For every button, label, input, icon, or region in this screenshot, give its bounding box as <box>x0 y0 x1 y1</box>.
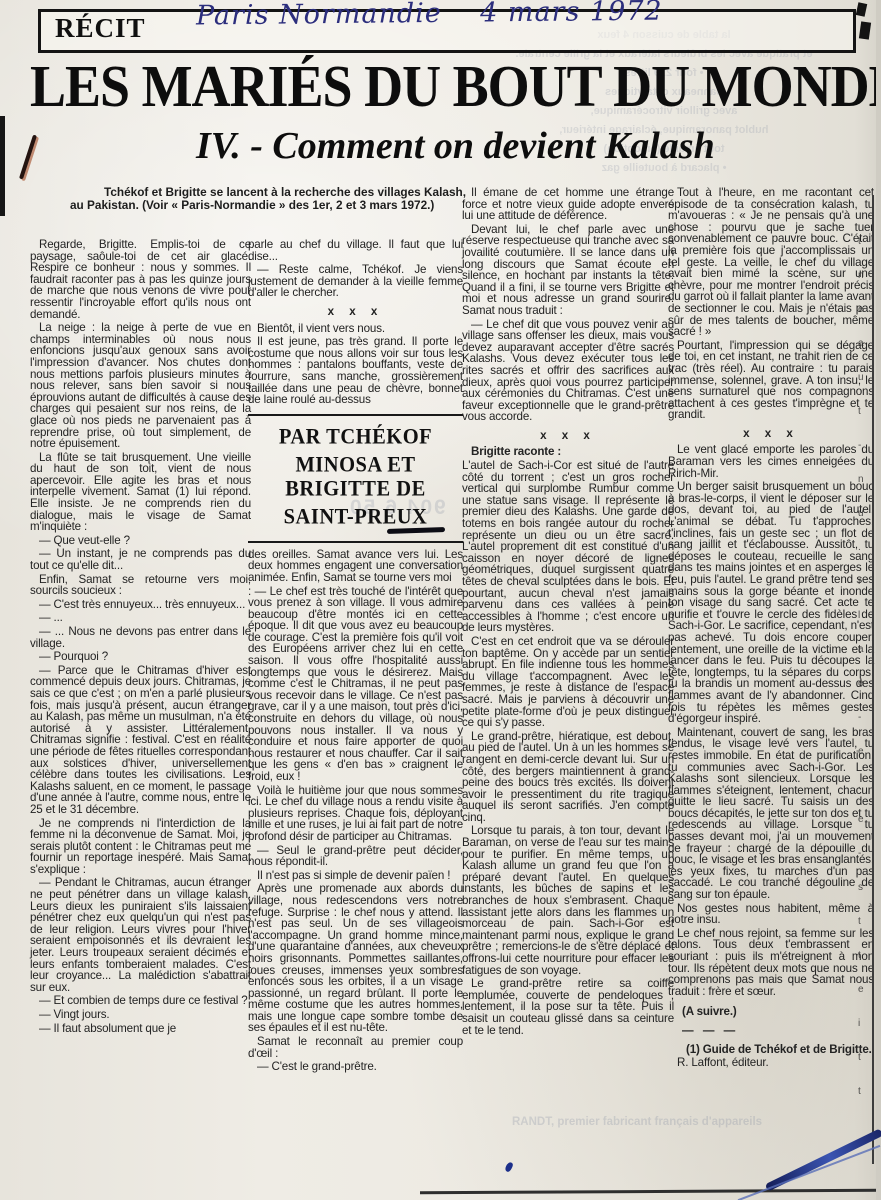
byline-box: PAR TCHÉKOF MINOSA ET BRIGITTE DE SAINT-… <box>248 414 463 543</box>
paragraph: — Un instant, je ne comprends pas du tou… <box>30 548 251 571</box>
paragraph: Le grand-prêtre retire sa coiffe emplumé… <box>462 978 674 1036</box>
bleedthrough-text-bottom: RANDT, premier fabricant français d'appa… <box>512 1116 842 1128</box>
section-separator: x x x <box>462 430 674 442</box>
paragraph: Après une promenade aux abords du villag… <box>248 883 463 1034</box>
paragraph: — Pourquoi ? <box>30 651 251 663</box>
pen-stroke-bottom-right-thin <box>738 1145 881 1200</box>
paragraph: parle au chef du village. Il faut que lu… <box>248 239 463 262</box>
paragraph: R. Laffont, éditeur. <box>668 1057 874 1069</box>
paragraph: — C'est le grand-prêtre. <box>248 1061 463 1073</box>
paragraph: — Que veut-elle ? <box>30 535 251 547</box>
byline-line-2: BRIGITTE DE SAINT-PREUX <box>248 475 463 531</box>
newspaper-scan: la table de cuisson 4 feux et pratique a… <box>0 0 881 1200</box>
paragraph: — Seul le grand-prêtre peut décider, nou… <box>248 845 463 868</box>
paragraph: La flûte se tait brusquement. Une vieill… <box>30 452 251 533</box>
paragraph: Maintenant, couvert de sang, les bras te… <box>668 727 874 901</box>
paragraph: Un berger saisit brusquement un bouc à b… <box>668 481 874 724</box>
ink-mark-top-right <box>856 2 868 17</box>
kicker-label: RÉCIT <box>55 13 146 44</box>
paragraph: — C'est très ennuyeux... très ennuyeux..… <box>30 599 251 611</box>
paragraph: Tout à l'heure, en me racontant cet épis… <box>668 187 874 338</box>
paragraph: L'autel de Sach-i-Cor est situé de l'aut… <box>462 460 674 634</box>
column-4: Tout à l'heure, en me racontant cet épis… <box>668 187 874 1069</box>
paragraph: — ... <box>30 612 251 624</box>
paragraph: (1) Guide de Tchékof et de Brigitte. <box>668 1044 874 1056</box>
paragraph: Brigitte raconte : <box>462 446 674 458</box>
paragraph: Il est jeune, pas très grand. Il porte l… <box>248 336 463 406</box>
paragraph: Je ne comprends ni l'interdiction de la … <box>30 818 251 876</box>
paragraph: Enfin, Samat se retourne vers moi, sourc… <box>30 574 251 597</box>
paragraph: : — Le chef est très touché de l'intérêt… <box>248 586 463 783</box>
paragraph: — Pendant le Chitramas, aucun étranger n… <box>30 877 251 993</box>
paragraph: Le chef nous rejoint, sa femme sur les t… <box>668 928 874 998</box>
scan-edge-bar <box>0 116 5 216</box>
byline-line-1: PAR TCHÉKOF MINOSA ET <box>248 423 463 479</box>
paragraph: C'est en cet endroit que va se dérouler … <box>462 636 674 729</box>
paragraph: Regarde, Brigitte. Emplis-toi de ce pays… <box>30 239 251 320</box>
column-3: Il émane de cet homme une étrange force … <box>462 187 674 1036</box>
paragraph: Devant lui, le chef parle avec une réser… <box>462 224 674 317</box>
right-column-rule <box>872 196 874 1164</box>
paragraph: Lorsque tu parais, à ton tour, devant le… <box>462 825 674 976</box>
column-2-lower: des oreilles. Samat avance vers lui. Les… <box>248 549 463 1073</box>
paragraph: — Et combien de temps dure ce festival ? <box>30 995 251 1007</box>
paragraph: Le vent glacé emporte les paroles du Bar… <box>668 444 874 479</box>
ink-scribble <box>387 527 445 534</box>
handwritten-date: Paris Normandie 4 mars 1972 <box>196 0 663 31</box>
column-2: parle au chef du village. Il faut que lu… <box>248 239 463 1073</box>
paragraph: Nos gestes nous habitent, même à notre i… <box>668 903 874 926</box>
paragraph: (A suivre.) <box>668 1006 874 1018</box>
paragraph: — Le chef dit que vous pouvez venir au v… <box>462 319 674 423</box>
lead-paragraph: Tchékof et Brigitte se lancent à la rech… <box>70 186 466 212</box>
paragraph: Pourtant, l'impression qui se dégage de … <box>668 340 874 421</box>
paragraph: des oreilles. Samat avance vers lui. Les… <box>248 549 463 584</box>
pen-stroke-left <box>19 135 37 180</box>
paragraph: — Il faut absolument que je <box>30 1023 251 1035</box>
paragraph: Bientôt, il vient vers nous. <box>248 323 463 335</box>
paragraph: Le grand-prêtre, hiératique, est debout,… <box>462 731 674 824</box>
paragraph: Voilà le huitième jour que nous sommes i… <box>248 785 463 843</box>
section-separator: x x x <box>668 428 874 440</box>
paragraph: — ... Nous ne devons pas entrer dans le … <box>30 626 251 649</box>
paragraph: — Vingt jours. <box>30 1009 251 1021</box>
paragraph: Il n'est pas si simple de devenir païen … <box>248 870 463 882</box>
section-separator: x x x <box>248 306 463 318</box>
clipped-column-fragments: t n e a u t - n u . r l a e - e . e - s … <box>858 225 873 1165</box>
column-2-upper: parle au chef du village. Il faut que lu… <box>248 239 463 406</box>
subtitle: IV. - Comment on devient Kalash <box>196 124 715 168</box>
column-1: Regarde, Brigitte. Emplis-toi de ce pays… <box>30 239 251 1034</box>
paragraph: — — — <box>668 1025 874 1037</box>
ink-dot <box>504 1161 514 1173</box>
paragraph: — Reste calme, Tchékof. Je viens justeme… <box>248 264 463 299</box>
paragraph: Samat le reconnaît au premier coup d'œil… <box>248 1036 463 1059</box>
paragraph: — Parce que le Chitramas d'hiver est com… <box>30 665 251 816</box>
paragraph: Il émane de cet homme une étrange force … <box>462 187 674 222</box>
bottom-rule <box>420 1189 881 1194</box>
scan-edge-shade <box>876 0 881 1200</box>
paragraph: La neige : la neige à perte de vue en ch… <box>30 322 251 450</box>
headline: LES MARIÉS DU BOUT DU MONDE <box>30 52 865 120</box>
ink-mark-top-right <box>859 21 871 39</box>
